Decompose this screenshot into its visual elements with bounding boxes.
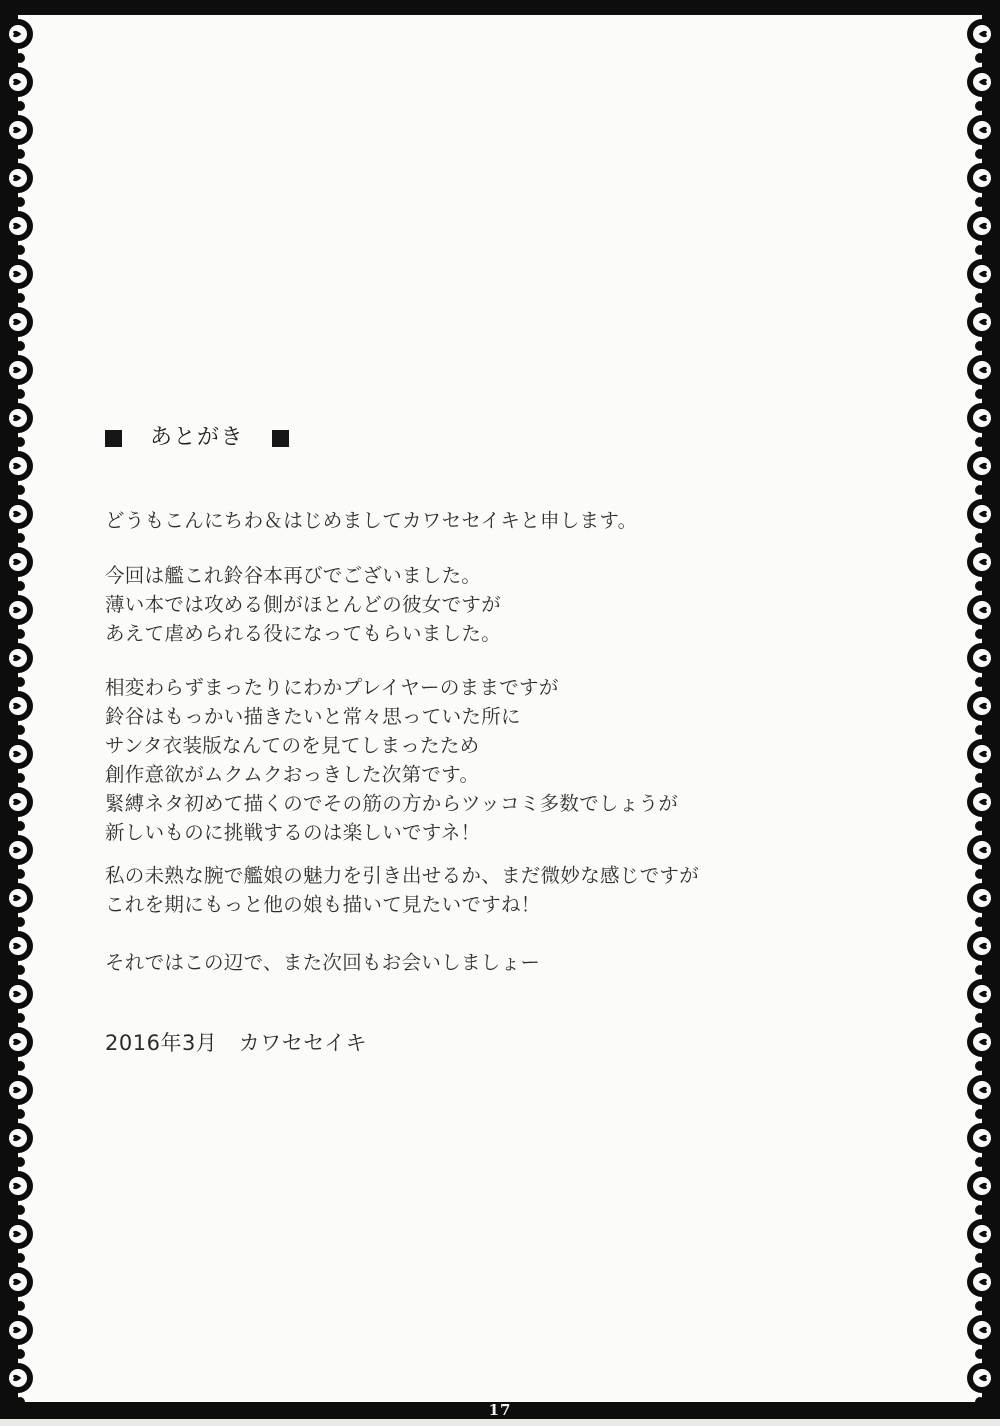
text-line: 創作意欲がムクムクおっきした次第です。 xyxy=(105,760,678,789)
page-number: 17 xyxy=(489,1403,512,1418)
afterword-title-row: あとがき xyxy=(105,426,289,450)
top-border-bar xyxy=(0,0,1000,15)
text-line: どうもこんにちわ＆はじめましてカワセセイキと申します。 xyxy=(105,506,637,535)
text-line: 今回は艦これ鈴谷本再びでございました。 xyxy=(105,561,501,590)
text-line: 薄い本では攻める側がほとんどの彼女ですが xyxy=(105,590,501,619)
black-square-icon xyxy=(105,430,122,447)
left-lace-border xyxy=(0,10,38,1406)
afterword-title: あとがき xyxy=(150,426,244,450)
paragraph-book-intro: 今回は艦これ鈴谷本再びでございました。 薄い本では攻める側がほとんどの彼女ですが… xyxy=(105,561,501,648)
text-line: 相変わらずまったりにわかプレイヤーのままですが xyxy=(105,673,678,702)
text-line: あえて虐められる役になってもらいました。 xyxy=(105,619,501,648)
afterword-section: あとがき どうもこんにちわ＆はじめましてカワセセイキと申します。 今回は艦これ鈴… xyxy=(0,0,1000,1426)
text-line: それではこの辺で、また次回もお会いしましょー xyxy=(105,948,540,977)
paragraph-greeting: どうもこんにちわ＆はじめましてカワセセイキと申します。 xyxy=(105,506,637,535)
black-square-icon xyxy=(272,430,289,447)
scan-bottom-edge xyxy=(0,1419,1000,1426)
text-line: 私の未熟な腕で艦娘の魅力を引き出せるか、まだ微妙な感じですが xyxy=(105,861,699,890)
text-line: 新しいものに挑戦するのは楽しいですネ！ xyxy=(105,818,678,847)
text-line: 緊縛ネタ初めて描くのでその筋の方からツッコミ多数でしょうが xyxy=(105,789,678,818)
right-lace-border xyxy=(962,10,1000,1406)
paragraph-farewell: それではこの辺で、また次回もお会いしましょー xyxy=(105,948,540,977)
signature-line: 2016年3月 カワセセイキ xyxy=(105,1028,367,1058)
text-line: サンタ衣装版なんてのを見てしまったため xyxy=(105,731,678,760)
bottom-border-bar: 17 xyxy=(0,1402,1000,1419)
text-line: 鈴谷はもっかい描きたいと常々思っていた所に xyxy=(105,702,678,731)
scanned-page: あとがき どうもこんにちわ＆はじめましてカワセセイキと申します。 今回は艦これ鈴… xyxy=(0,0,1000,1426)
text-line: これを期にもっと他の娘も描いて見たいですね！ xyxy=(105,890,699,919)
paragraph-reflection: 私の未熟な腕で艦娘の魅力を引き出せるか、まだ微妙な感じですが これを期にもっと他… xyxy=(105,861,699,919)
paragraph-motivation: 相変わらずまったりにわかプレイヤーのままですが 鈴谷はもっかい描きたいと常々思っ… xyxy=(105,673,678,847)
